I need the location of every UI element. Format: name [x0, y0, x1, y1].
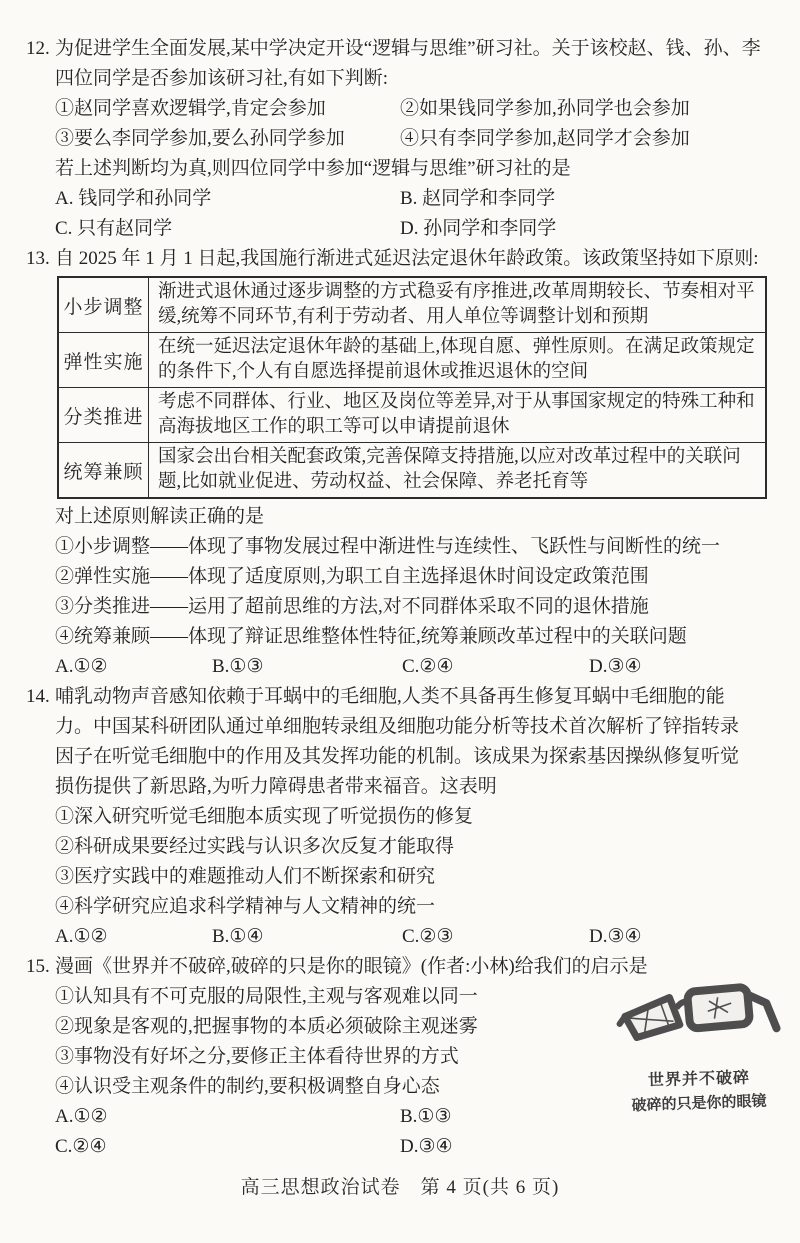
q15-number: 15.: [26, 952, 55, 982]
table-row-label: 小步调整: [59, 278, 149, 332]
q12-statements-row-2: ③要么李同学参加,要么孙同学参加 ④只有李同学参加,赵同学才会参加: [26, 124, 778, 154]
q13-statement-4: ④统筹兼顾——体现了辩证思维整体性特征,统筹兼顾改革过程中的关联问题: [26, 622, 778, 652]
q12-stem-line-3: 若上述判断均为真,则四位同学中参加“逻辑与思维”研习社的是: [26, 154, 778, 184]
q13-option-c: C.②④: [402, 652, 589, 682]
q15-option-c: C.②④: [55, 1132, 400, 1162]
q14-statement-3: ③医疗实践中的难题推动人们不断探索和研究: [26, 862, 778, 892]
q12-stem-line-2: 四位同学是否参加该研习社,有如下判断:: [26, 64, 778, 94]
table-row: 弹性实施 在统一延迟法定退休年龄的基础上,体现自愿、弹性原则。在满足政策规定的条…: [59, 332, 765, 387]
page-footer-text: 高三思想政治试卷 第 4 页(共 6 页): [241, 1177, 560, 1198]
q12-statements-row-1: ①赵同学喜欢逻辑学,肯定会参加 ②如果钱同学参加,孙同学也会参加: [26, 94, 778, 124]
table-row-desc-text: 国家会出台相关配套政策,完善保障支持措施,以应对改革过程中的关联问题,比如就业促…: [158, 445, 760, 495]
q15-option-a: A.①②: [55, 1102, 400, 1132]
q13-stem-text: 自 2025 年 1 月 1 日起,我国施行渐进式延迟法定退休年龄政策。该政策坚…: [55, 248, 759, 269]
q14-statement-4: ④科学研究应追求科学精神与人文精神的统一: [26, 892, 778, 922]
q13-statement-3: ③分类推进——运用了超前思维的方法,对不同群体采取不同的退休措施: [26, 592, 778, 622]
q12-options-row-2: C. 只有赵同学 D. 孙同学和李同学: [26, 214, 778, 244]
q15-option-d: D.③④: [400, 1132, 453, 1162]
q12-statement-1: ①赵同学喜欢逻辑学,肯定会参加: [55, 94, 400, 124]
q13-option-a: A.①②: [55, 652, 212, 682]
q14-option-c: C.②③: [402, 922, 589, 952]
q14-stem-text: 哺乳动物声音感知依赖于耳蜗中的毛细胞,人类不具备再生修复耳蜗中毛细胞的能: [55, 686, 725, 707]
q14-option-d: D.③④: [589, 922, 642, 952]
broken-glasses-icon: [615, 980, 783, 1058]
q13-principles-table: 小步调整 渐进式退休通过逐步调整的方式稳妥有序推进,改革周期较长、节奏相对平缓,…: [57, 276, 767, 499]
table-row-label: 弹性实施: [59, 333, 149, 387]
cartoon-caption-line-1: 世界并不破碎: [610, 1064, 789, 1092]
cartoon-broken-glasses: 世界并不破碎 破碎的只是你的眼镜: [610, 980, 788, 1113]
table-row-label: 分类推进: [59, 388, 149, 442]
q15-stem-text: 漫画《世界并不破碎,破碎的只是你的眼镜》(作者:小林)给我们的启示是: [55, 956, 648, 977]
q12-stem-line-1: 12.为促进学生全面发展,某中学决定开设“逻辑与思维”研习社。关于该校赵、钱、孙…: [26, 34, 778, 64]
table-row-desc-text: 考虑不同群体、行业、地区及岗位等差异,对于从事国家规定的特殊工种和高海拔地区工作…: [158, 390, 760, 440]
q13-option-b: B.①③: [212, 652, 402, 682]
q12-stem-text: 为促进学生全面发展,某中学决定开设“逻辑与思维”研习社。关于该校赵、钱、孙、李: [55, 38, 761, 59]
q15-options-row-2: C.②④ D.③④: [26, 1132, 778, 1162]
q14-statement-2: ②科研成果要经过实践与认识多次反复才能取得: [26, 832, 778, 862]
q14-stem-line-4: 损伤提供了新思路,为听力障碍患者带来福音。这表明: [26, 772, 778, 802]
q12-options-row-1: A. 钱同学和孙同学 B. 赵同学和李同学: [26, 184, 778, 214]
table-row-desc-text: 在统一延迟法定退休年龄的基础上,体现自愿、弹性原则。在满足政策规定的条件下,个人…: [158, 335, 760, 385]
q13-option-d: D.③④: [589, 652, 642, 682]
table-row: 分类推进 考虑不同群体、行业、地区及岗位等差异,对于从事国家规定的特殊工种和高海…: [59, 387, 765, 442]
q13-stem-line: 13.自 2025 年 1 月 1 日起,我国施行渐进式延迟法定退休年龄政策。该…: [26, 244, 778, 274]
q15-stem-line: 15.漫画《世界并不破碎,破碎的只是你的眼镜》(作者:小林)给我们的启示是: [26, 952, 778, 982]
q13-number: 13.: [26, 244, 55, 274]
q12-option-a: A. 钱同学和孙同学: [55, 184, 400, 214]
q13-prompt: 对上述原则解读正确的是: [26, 502, 778, 532]
q12-number: 12.: [26, 34, 55, 64]
table-row: 小步调整 渐进式退休通过逐步调整的方式稳妥有序推进,改革周期较长、节奏相对平缓,…: [59, 278, 765, 332]
q12-statement-4: ④只有李同学参加,赵同学才会参加: [400, 124, 690, 154]
question-13: 13.自 2025 年 1 月 1 日起,我国施行渐进式延迟法定退休年龄政策。该…: [26, 244, 778, 682]
page-footer: 高三思想政治试卷 第 4 页(共 6 页): [0, 1172, 800, 1199]
table-row-desc: 国家会出台相关配套政策,完善保障支持措施,以应对改革过程中的关联问题,比如就业促…: [149, 443, 765, 497]
q12-option-d: D. 孙同学和李同学: [400, 214, 556, 244]
table-row-desc: 考虑不同群体、行业、地区及岗位等差异,对于从事国家规定的特殊工种和高海拔地区工作…: [149, 388, 765, 442]
table-row-desc: 渐进式退休通过逐步调整的方式稳妥有序推进,改革周期较长、节奏相对平缓,统筹不同环…: [149, 278, 765, 332]
q15-option-b: B.①③: [400, 1102, 452, 1132]
q12-statement-3: ③要么李同学参加,要么孙同学参加: [55, 124, 400, 154]
q14-option-a: A.①②: [55, 922, 212, 952]
table-row-label: 统筹兼顾: [59, 443, 149, 497]
table-row-desc-text: 渐进式退休通过逐步调整的方式稳妥有序推进,改革周期较长、节奏相对平缓,统筹不同环…: [158, 280, 760, 330]
q14-options-row: A.①② B.①④ C.②③ D.③④: [26, 922, 778, 952]
exam-page: 12.为促进学生全面发展,某中学决定开设“逻辑与思维”研习社。关于该校赵、钱、孙…: [0, 0, 800, 1243]
q14-statement-1: ①深入研究听觉毛细胞本质实现了听觉损伤的修复: [26, 802, 778, 832]
q14-option-b: B.①④: [212, 922, 402, 952]
table-row: 统筹兼顾 国家会出台相关配套政策,完善保障支持措施,以应对改革过程中的关联问题,…: [59, 442, 765, 497]
q14-stem-line-3: 因子在听觉毛细胞中的作用及其发挥功能的机制。该成果为探索基因操纵修复听觉: [26, 742, 778, 772]
question-14: 14.哺乳动物声音感知依赖于耳蜗中的毛细胞,人类不具备再生修复耳蜗中毛细胞的能 …: [26, 682, 778, 952]
q14-stem-line-1: 14.哺乳动物声音感知依赖于耳蜗中的毛细胞,人类不具备再生修复耳蜗中毛细胞的能: [26, 682, 778, 712]
q12-option-b: B. 赵同学和李同学: [400, 184, 555, 214]
q12-option-c: C. 只有赵同学: [55, 214, 400, 244]
q13-statement-1: ①小步调整——体现了事物发展过程中渐进性与连续性、飞跃性与间断性的统一: [26, 532, 778, 562]
cartoon-caption-line-2: 破碎的只是你的眼镜: [610, 1089, 789, 1116]
table-row-desc: 在统一延迟法定退休年龄的基础上,体现自愿、弹性原则。在满足政策规定的条件下,个人…: [149, 333, 765, 387]
q14-number: 14.: [26, 682, 55, 712]
question-12: 12.为促进学生全面发展,某中学决定开设“逻辑与思维”研习社。关于该校赵、钱、孙…: [26, 34, 778, 244]
q12-statement-2: ②如果钱同学参加,孙同学也会参加: [400, 94, 690, 124]
q14-stem-line-2: 力。中国某科研团队通过单细胞转录组及细胞功能分析等技术首次解析了锌指转录: [26, 712, 778, 742]
q13-statement-2: ②弹性实施——体现了适度原则,为职工自主选择退休时间设定政策范围: [26, 562, 778, 592]
q13-options-row: A.①② B.①③ C.②④ D.③④: [26, 652, 778, 682]
